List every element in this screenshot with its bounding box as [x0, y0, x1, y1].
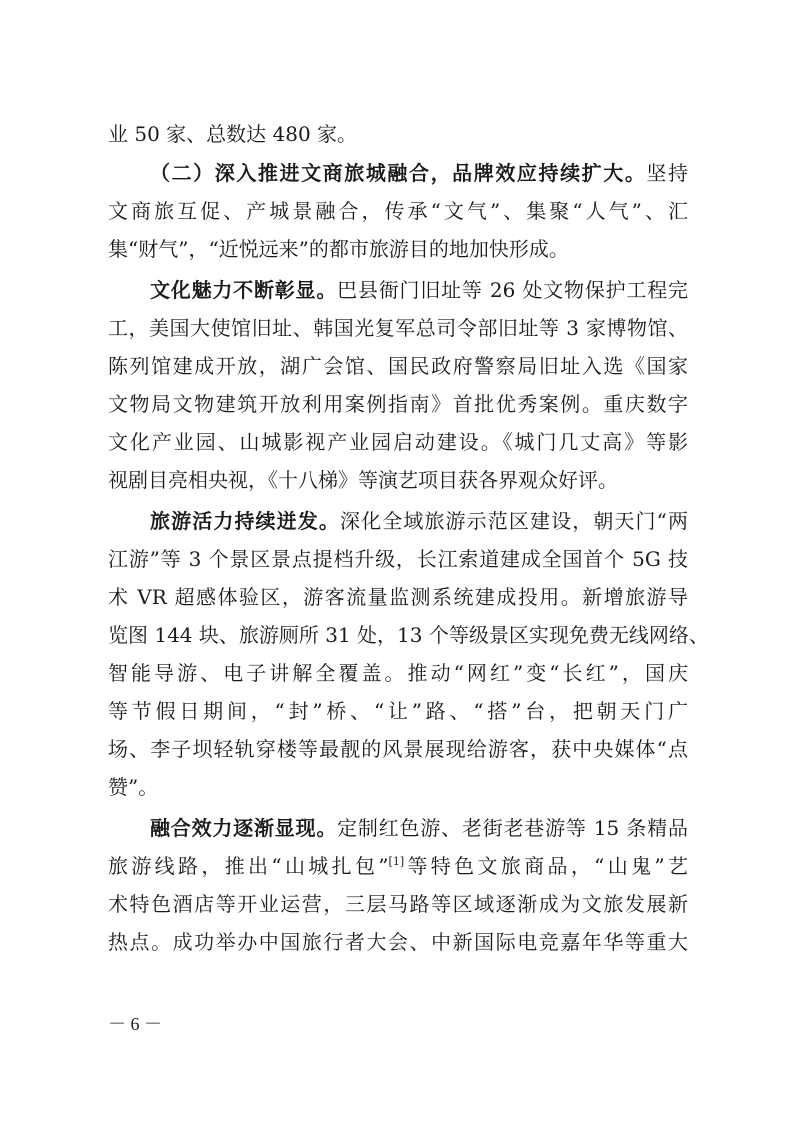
line-text: 术特色酒店等开业运营，三层马路等区域逐渐成为文旅发展新 — [108, 892, 688, 916]
line-text: 文化产业园、山城影视产业园启动建设。《城门几丈高》等影 — [108, 430, 688, 454]
line-text: 赞”。 — [108, 775, 158, 799]
text-line: 集“财气”，“近悦远来”的都市旅游目的地加快形成。 — [108, 234, 688, 264]
line-text: 巴县衙门旧址等 26 处文物保护工程完 — [337, 278, 688, 302]
section-heading: （二）深入推进文商旅城融合，品牌效应持续扩大。 — [150, 161, 646, 185]
text-line: 陈列馆建成开放，湖广会馆、国民政府警察局旧址入选《国家 — [108, 351, 688, 381]
text-line: 业 50 家、总数达 480 家。 — [108, 119, 688, 149]
line-text: 览图 144 块、旅游厕所 31 处，13 个等级景区实现免费无线网络、 — [108, 623, 709, 647]
paragraph-lead-line: 旅游活力持续迸发。深化全域旅游示范区建设，朝天门“两 — [150, 506, 688, 536]
document-page: 业 50 家、总数达 480 家。（二）深入推进文商旅城融合，品牌效应持续扩大。… — [0, 0, 793, 1122]
line-text: 工，美国大使馆旧址、韩国光复军总司令部旧址等 3 家博物馆、 — [108, 316, 688, 340]
line-text: 术 VR 超感体验区，游客流量监测系统建成投用。新增旅游导 — [108, 585, 688, 609]
line-text: 深化全域旅游示范区建设，朝天门“两 — [340, 509, 688, 533]
line-text: 文商旅互促、产城景融合，传承“文气”、集聚“人气”、汇 — [108, 199, 688, 223]
paragraph-lead-line: 融合效力逐渐显现。定制红色游、老街老巷游等 15 条精品 — [150, 813, 688, 843]
line-text: 等节假日期间，“封”桥、“让”路、“搭”台，把朝天门广 — [108, 699, 688, 723]
text-line: 旅游线路，推出“山城扎包”[1]等特色文旅商品，“山鬼”艺 — [108, 851, 688, 881]
text-line: 江游”等 3 个景区景点提档升级，长江索道建成全国首个 5G 技 — [108, 544, 688, 574]
footnote-reference[interactable]: [1] — [389, 855, 405, 868]
paragraph-lead-line: 文化魅力不断彰显。巴县衙门旧址等 26 处文物保护工程完 — [150, 275, 688, 305]
line-text: 陈列馆建成开放，湖广会馆、国民政府警察局旧址入选《国家 — [108, 354, 688, 378]
line-text: 智能导游、电子讲解全覆盖。推动“网红”变“长红”，国庆 — [108, 661, 688, 685]
text-line: 赞”。 — [108, 772, 688, 802]
text-line: 工，美国大使馆旧址、韩国光复军总司令部旧址等 3 家博物馆、 — [108, 313, 688, 343]
paragraph-lead-heading: 融合效力逐渐显现。 — [150, 816, 337, 840]
text-line: 文物局文物建筑开放利用案例指南》首批优秀案例。重庆数字 — [108, 389, 688, 419]
text-line: 视剧目亮相央视，《十八梯》等演艺项目获各界观众好评。 — [108, 465, 688, 495]
line-text: 业 50 家、总数达 480 家。 — [108, 122, 357, 146]
text-line: 等节假日期间，“封”桥、“让”路、“搭”台，把朝天门广 — [108, 696, 688, 726]
line-text: 旅游线路，推出“山城扎包” — [108, 854, 389, 878]
section-heading-line: （二）深入推进文商旅城融合，品牌效应持续扩大。坚持 — [150, 158, 688, 188]
text-line: 术 VR 超感体验区，游客流量监测系统建成投用。新增旅游导 — [108, 582, 688, 612]
paragraph-lead-heading: 旅游活力持续迸发。 — [150, 509, 340, 533]
line-text: 坚持 — [646, 161, 688, 185]
page-number: － 6 － — [108, 1010, 162, 1036]
text-line: 智能导游、电子讲解全覆盖。推动“网红”变“长红”，国庆 — [108, 658, 688, 688]
text-line: 场、李子坝轻轨穿楼等最靓的风景展现给游客，获中央媒体“点 — [108, 734, 688, 764]
line-text: 集“财气”，“近悦远来”的都市旅游目的地加快形成。 — [108, 237, 569, 261]
line-text: 江游”等 3 个景区景点提档升级，长江索道建成全国首个 5G 技 — [108, 547, 688, 571]
text-line: 热点。成功举办中国旅行者大会、中新国际电竞嘉年华等重大 — [108, 927, 688, 957]
line-text-continued: 等特色文旅商品，“山鬼”艺 — [404, 854, 688, 878]
text-line: 览图 144 块、旅游厕所 31 处，13 个等级景区实现免费无线网络、 — [108, 620, 688, 650]
line-text: 热点。成功举办中国旅行者大会、中新国际电竞嘉年华等重大 — [108, 930, 688, 954]
text-line: 文商旅互促、产城景融合，传承“文气”、集聚“人气”、汇 — [108, 196, 688, 226]
line-text: 视剧目亮相央视，《十八梯》等演艺项目获各界观众好评。 — [108, 468, 618, 492]
line-text: 场、李子坝轻轨穿楼等最靓的风景展现给游客，获中央媒体“点 — [108, 737, 688, 761]
line-text: 定制红色游、老街老巷游等 15 条精品 — [337, 816, 688, 840]
paragraph-lead-heading: 文化魅力不断彰显。 — [150, 278, 337, 302]
text-line: 文化产业园、山城影视产业园启动建设。《城门几丈高》等影 — [108, 427, 688, 457]
line-text: 文物局文物建筑开放利用案例指南》首批优秀案例。重庆数字 — [108, 392, 688, 416]
text-line: 术特色酒店等开业运营，三层马路等区域逐渐成为文旅发展新 — [108, 889, 688, 919]
